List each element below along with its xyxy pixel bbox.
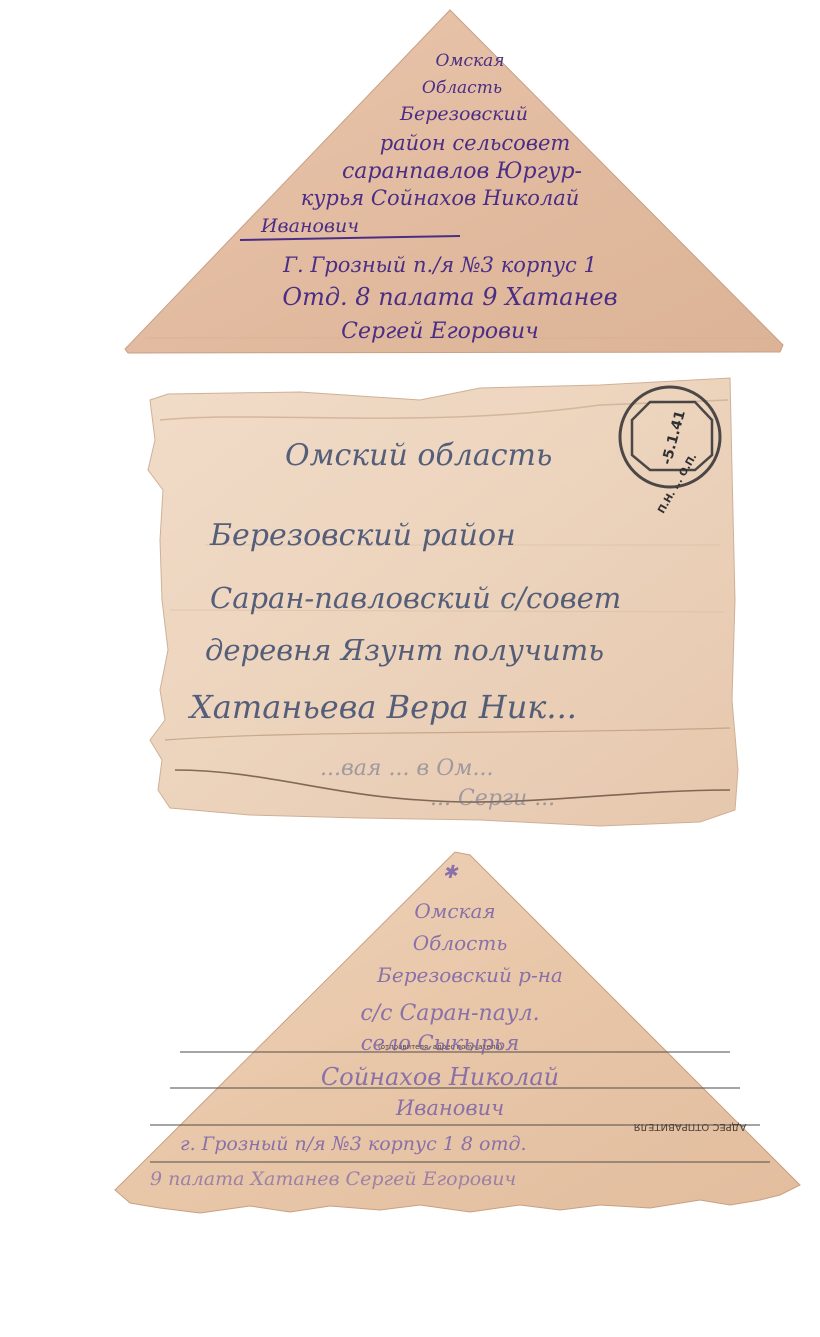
bottom-recipient-line: Березовский р-на — [376, 963, 563, 987]
bottom-recipient-line: Иванович — [395, 1096, 504, 1120]
bottom-recipient-line: село Сыкырья — [361, 1031, 519, 1055]
bottom-triangle-letter: (отправителя, адрес получателя) АДРЕС ОТ… — [0, 0, 820, 1337]
mark-icon: ✱ — [442, 862, 459, 883]
bottom-sender-line: г. Грозный п/я №3 корпус 1 8 отд. — [180, 1133, 527, 1155]
bottom-recipient-line: Сойнахов Николай — [321, 1063, 559, 1091]
bottom-recipient-line: с/с Саран-паул. — [360, 1001, 539, 1026]
bottom-recipient-line: Омская — [414, 899, 495, 923]
printed-sender-label: АДРЕС ОТПРАВИТЕЛЯ — [634, 1121, 747, 1132]
bottom-sender-line: 9 палата Хатанев Сергей Егорович — [150, 1168, 516, 1190]
bottom-recipient-line: Облость — [413, 931, 507, 955]
